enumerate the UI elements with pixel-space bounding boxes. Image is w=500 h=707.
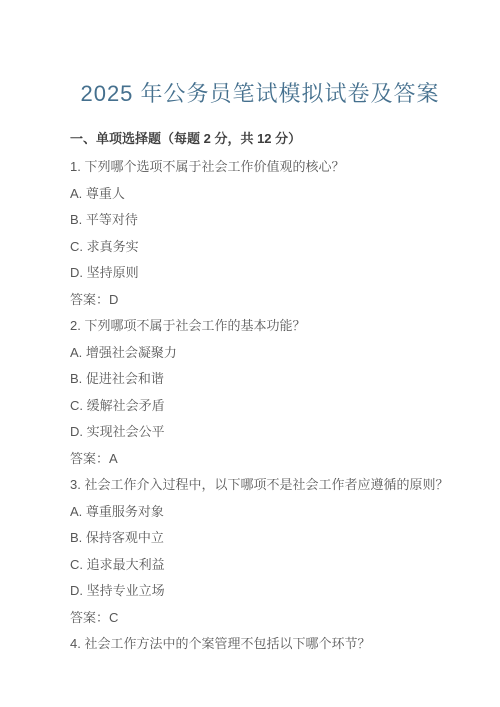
answer-line: 答案：A (70, 452, 450, 466)
answer-line: 答案：C (70, 611, 450, 625)
option-d: D. 实现社会公平 (70, 425, 450, 439)
question-text: 3. 社会工作介入过程中，以下哪项不是社会工作者应遵循的原则？ (70, 478, 450, 492)
question-block-1: 1. 下列哪个选项不属于社会工作价值观的核心？ A. 尊重人 B. 平等对待 C… (70, 160, 450, 307)
option-b: B. 平等对待 (70, 213, 450, 227)
document-title: 2025 年公务员笔试模拟试卷及答案 (70, 81, 450, 106)
option-c: C. 追求最大利益 (70, 558, 450, 572)
option-a: A. 尊重人 (70, 187, 450, 201)
exam-document-page: 2025 年公务员笔试模拟试卷及答案 一、单项选择题（每题 2 分，共 12 分… (0, 0, 500, 707)
option-b: B. 促进社会和谐 (70, 372, 450, 386)
option-c: C. 缓解社会矛盾 (70, 399, 450, 413)
document-background: { "document": { "title": "2025 年公务员笔试模拟试… (0, 0, 500, 707)
section-header: 一、单项选择题（每题 2 分，共 12 分） (70, 132, 450, 146)
option-d: D. 坚持原则 (70, 266, 450, 280)
option-d: D. 坚持专业立场 (70, 584, 450, 598)
option-a: A. 增强社会凝聚力 (70, 346, 450, 360)
question-text: 1. 下列哪个选项不属于社会工作价值观的核心？ (70, 160, 450, 174)
option-c: C. 求真务实 (70, 240, 450, 254)
question-block-2: 2. 下列哪项不属于社会工作的基本功能？ A. 增强社会凝聚力 B. 促进社会和… (70, 319, 450, 466)
question-block-4: 4. 社会工作方法中的个案管理不包括以下哪个环节？ (70, 637, 450, 651)
question-text: 2. 下列哪项不属于社会工作的基本功能？ (70, 319, 450, 333)
question-text: 4. 社会工作方法中的个案管理不包括以下哪个环节？ (70, 637, 450, 651)
option-b: B. 保持客观中立 (70, 531, 450, 545)
answer-line: 答案：D (70, 293, 450, 307)
question-block-3: 3. 社会工作介入过程中，以下哪项不是社会工作者应遵循的原则？ A. 尊重服务对… (70, 478, 450, 625)
option-a: A. 尊重服务对象 (70, 505, 450, 519)
